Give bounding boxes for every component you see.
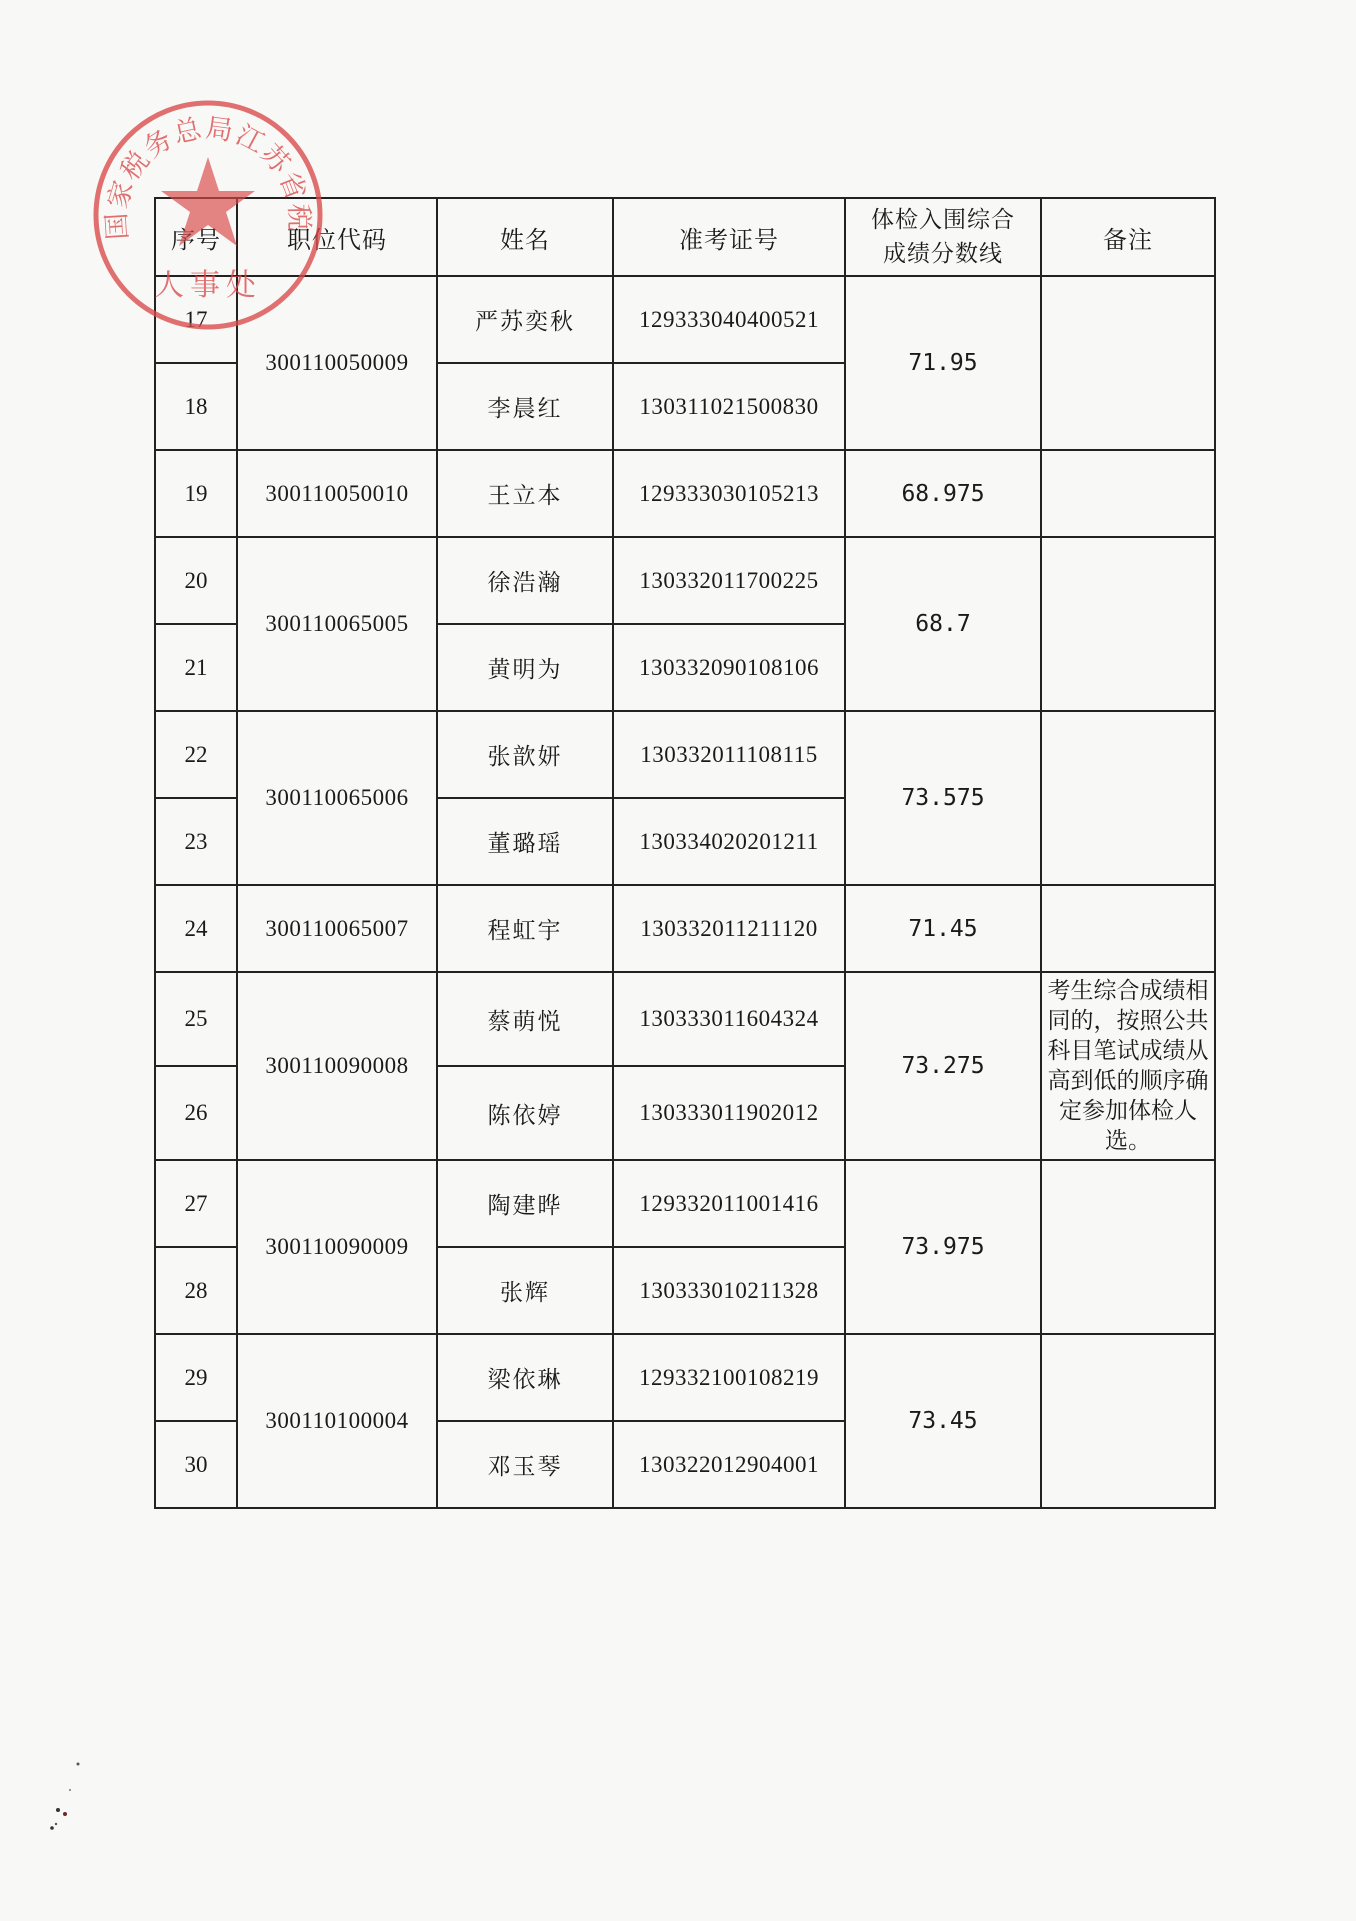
name-cell: 黄明为 <box>437 624 613 711</box>
name-cell: 陈依婷 <box>437 1066 613 1160</box>
name-cell: 程虹宇 <box>437 885 613 972</box>
header-name: 姓名 <box>437 198 613 276</box>
exam-id-cell: 130334020201211 <box>613 798 845 885</box>
exam-id-cell: 130333010211328 <box>613 1247 845 1334</box>
exam-id-cell: 130333011604324 <box>613 972 845 1066</box>
position-code-cell: 300110050010 <box>237 450 437 537</box>
position-code-cell: 300110090009 <box>237 1160 437 1334</box>
position-code-cell: 300110050009 <box>237 276 437 450</box>
score-cell: 73.975 <box>845 1160 1041 1334</box>
table-row: 29 300110100004 梁依琳 129332100108219 73.4… <box>155 1334 1215 1421</box>
note-cell <box>1041 1334 1215 1508</box>
exam-id-cell: 129332100108219 <box>613 1334 845 1421</box>
table-row: 27 300110090009 陶建晔 129332011001416 73.9… <box>155 1160 1215 1247</box>
results-table: 序号 职位代码 姓名 准考证号 体检入围综合 成绩分数线 备注 17 30011… <box>154 197 1216 1509</box>
name-cell: 张辉 <box>437 1247 613 1334</box>
seq-cell: 28 <box>155 1247 237 1334</box>
table-row: 22 300110065006 张歆妍 130332011108115 73.5… <box>155 711 1215 798</box>
position-code-cell: 300110090008 <box>237 972 437 1160</box>
score-cell: 73.575 <box>845 711 1041 885</box>
table-row: 24 300110065007 程虹宇 130332011211120 71.4… <box>155 885 1215 972</box>
table-row: 17 300110050009 严苏奕秋 129333040400521 71.… <box>155 276 1215 363</box>
header-note: 备注 <box>1041 198 1215 276</box>
seq-cell: 19 <box>155 450 237 537</box>
seq-cell: 20 <box>155 537 237 624</box>
name-cell: 蔡萌悦 <box>437 972 613 1066</box>
note-cell: 考生综合成绩相同的，按照公共科目笔试成绩从高到低的顺序确定参加体检人选。 <box>1041 972 1215 1160</box>
scanned-page: 序号 职位代码 姓名 准考证号 体检入围综合 成绩分数线 备注 17 30011… <box>0 0 1356 1921</box>
table-header-row: 序号 职位代码 姓名 准考证号 体检入围综合 成绩分数线 备注 <box>155 198 1215 276</box>
note-cell <box>1041 711 1215 885</box>
position-code-cell: 300110100004 <box>237 1334 437 1508</box>
note-cell <box>1041 885 1215 972</box>
score-cell: 73.45 <box>845 1334 1041 1508</box>
exam-id-cell: 130311021500830 <box>613 363 845 450</box>
name-cell: 邓玉琴 <box>437 1421 613 1508</box>
score-cell: 71.45 <box>845 885 1041 972</box>
exam-id-cell: 130322012904001 <box>613 1421 845 1508</box>
name-cell: 董璐瑶 <box>437 798 613 885</box>
header-exam-id: 准考证号 <box>613 198 845 276</box>
seq-cell: 27 <box>155 1160 237 1247</box>
score-cell: 68.975 <box>845 450 1041 537</box>
seq-cell: 18 <box>155 363 237 450</box>
exam-id-cell: 129332011001416 <box>613 1160 845 1247</box>
score-cell: 71.95 <box>845 276 1041 450</box>
note-cell <box>1041 1160 1215 1334</box>
seq-cell: 26 <box>155 1066 237 1160</box>
position-code-cell: 300110065007 <box>237 885 437 972</box>
note-cell <box>1041 450 1215 537</box>
name-cell: 梁依琳 <box>437 1334 613 1421</box>
score-cell: 68.7 <box>845 537 1041 711</box>
seq-cell: 23 <box>155 798 237 885</box>
table-row: 20 300110065005 徐浩瀚 130332011700225 68.7 <box>155 537 1215 624</box>
header-score-line: 体检入围综合 成绩分数线 <box>845 198 1041 276</box>
note-cell <box>1041 537 1215 711</box>
exam-id-cell: 130332090108106 <box>613 624 845 711</box>
exam-id-cell: 129333030105213 <box>613 450 845 537</box>
table-row: 25 300110090008 蔡萌悦 130333011604324 73.2… <box>155 972 1215 1066</box>
note-cell <box>1041 276 1215 450</box>
position-code-cell: 300110065005 <box>237 537 437 711</box>
header-seq: 序号 <box>155 198 237 276</box>
seq-cell: 21 <box>155 624 237 711</box>
seq-cell: 17 <box>155 276 237 363</box>
seq-cell: 22 <box>155 711 237 798</box>
scan-specks-icon <box>40 1760 100 1840</box>
exam-id-cell: 130332011700225 <box>613 537 845 624</box>
name-cell: 王立本 <box>437 450 613 537</box>
exam-id-cell: 130332011211120 <box>613 885 845 972</box>
seq-cell: 24 <box>155 885 237 972</box>
seq-cell: 30 <box>155 1421 237 1508</box>
header-position-code: 职位代码 <box>237 198 437 276</box>
score-cell: 73.275 <box>845 972 1041 1160</box>
name-cell: 徐浩瀚 <box>437 537 613 624</box>
seq-cell: 29 <box>155 1334 237 1421</box>
seq-cell: 25 <box>155 972 237 1066</box>
table-row: 19 300110050010 王立本 129333030105213 68.9… <box>155 450 1215 537</box>
name-cell: 张歆妍 <box>437 711 613 798</box>
exam-id-cell: 130332011108115 <box>613 711 845 798</box>
header-score-line-2: 成绩分数线 <box>846 237 1040 271</box>
header-score-line-1: 体检入围综合 <box>846 203 1040 237</box>
name-cell: 严苏奕秋 <box>437 276 613 363</box>
position-code-cell: 300110065006 <box>237 711 437 885</box>
exam-id-cell: 130333011902012 <box>613 1066 845 1160</box>
exam-id-cell: 129333040400521 <box>613 276 845 363</box>
name-cell: 李晨红 <box>437 363 613 450</box>
name-cell: 陶建晔 <box>437 1160 613 1247</box>
